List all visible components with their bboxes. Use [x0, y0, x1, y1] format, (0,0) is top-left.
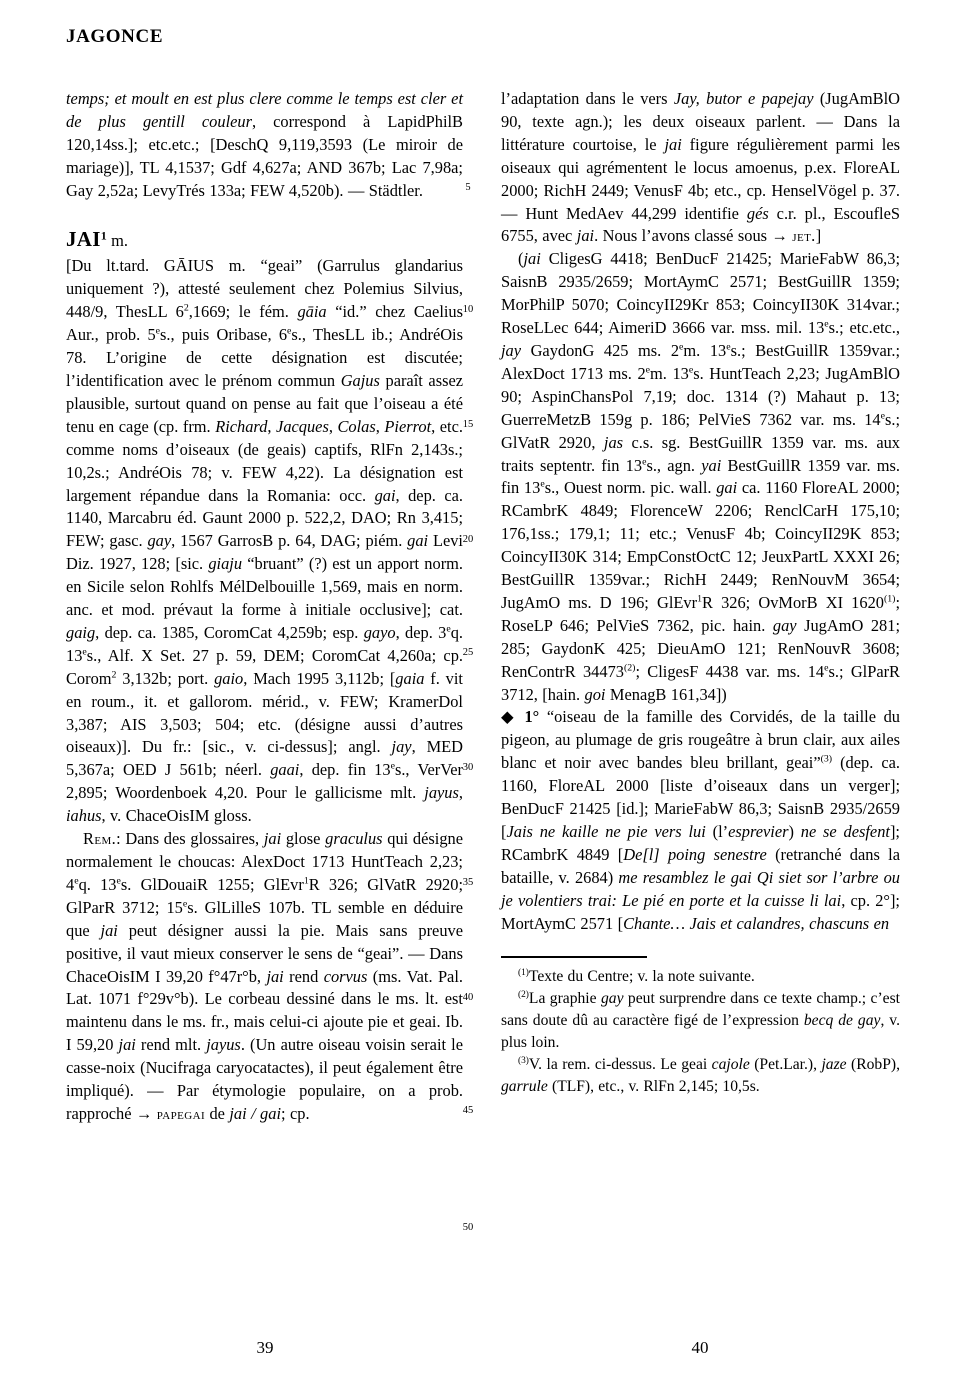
line-number: 45 — [455, 1105, 481, 1117]
definition-paragraph: ◆ 1° “oiseau de la famille des Corvidés,… — [501, 706, 900, 935]
line-number: 40 — [455, 992, 481, 1004]
entry-heading-jai: JAI1 m. — [66, 228, 463, 253]
footnote-3: (3)V. la rem. ci-dessus. Le geai cajole … — [501, 1054, 900, 1098]
continuation-paragraph: l’adaptation dans le vers Jay, butor e p… — [501, 88, 900, 248]
remark-paragraph: Rem.: Dans des glossaires, jai glose gra… — [66, 828, 463, 1126]
line-number: 25 — [455, 647, 481, 659]
page-number-right: 40 — [670, 1338, 730, 1358]
left-column: temps; et moult en est plus clere comme … — [66, 88, 463, 1126]
continuation-paragraph: temps; et moult en est plus clere comme … — [66, 88, 463, 203]
footnote-2: (2)La graphie gay peut surprendre dans c… — [501, 988, 900, 1054]
line-number: 5 — [455, 182, 481, 194]
line-number: 50 — [455, 1222, 481, 1234]
running-head: JAGONCE — [66, 26, 163, 48]
right-column: l’adaptation dans le vers Jay, butor e p… — [501, 88, 900, 1098]
line-number: 35 — [455, 877, 481, 889]
line-number: 30 — [455, 762, 481, 774]
forms-paragraph: (jai CligesG 4418; BenDucF 21425; MarieF… — [501, 248, 900, 706]
footnote-rule — [501, 956, 647, 958]
page-number-left: 39 — [235, 1338, 295, 1358]
etymology-paragraph: [Du lt.tard. GĀIUS m. “geai” (Garrulus g… — [66, 255, 463, 828]
dictionary-page: JAGONCE temps; et moult en est plus cler… — [0, 0, 960, 1400]
line-number: 15 — [455, 419, 481, 431]
line-number: 10 — [455, 304, 481, 316]
footnote-1: (1)Texte du Centre; v. la note suivante. — [501, 966, 900, 988]
line-number: 20 — [455, 534, 481, 546]
